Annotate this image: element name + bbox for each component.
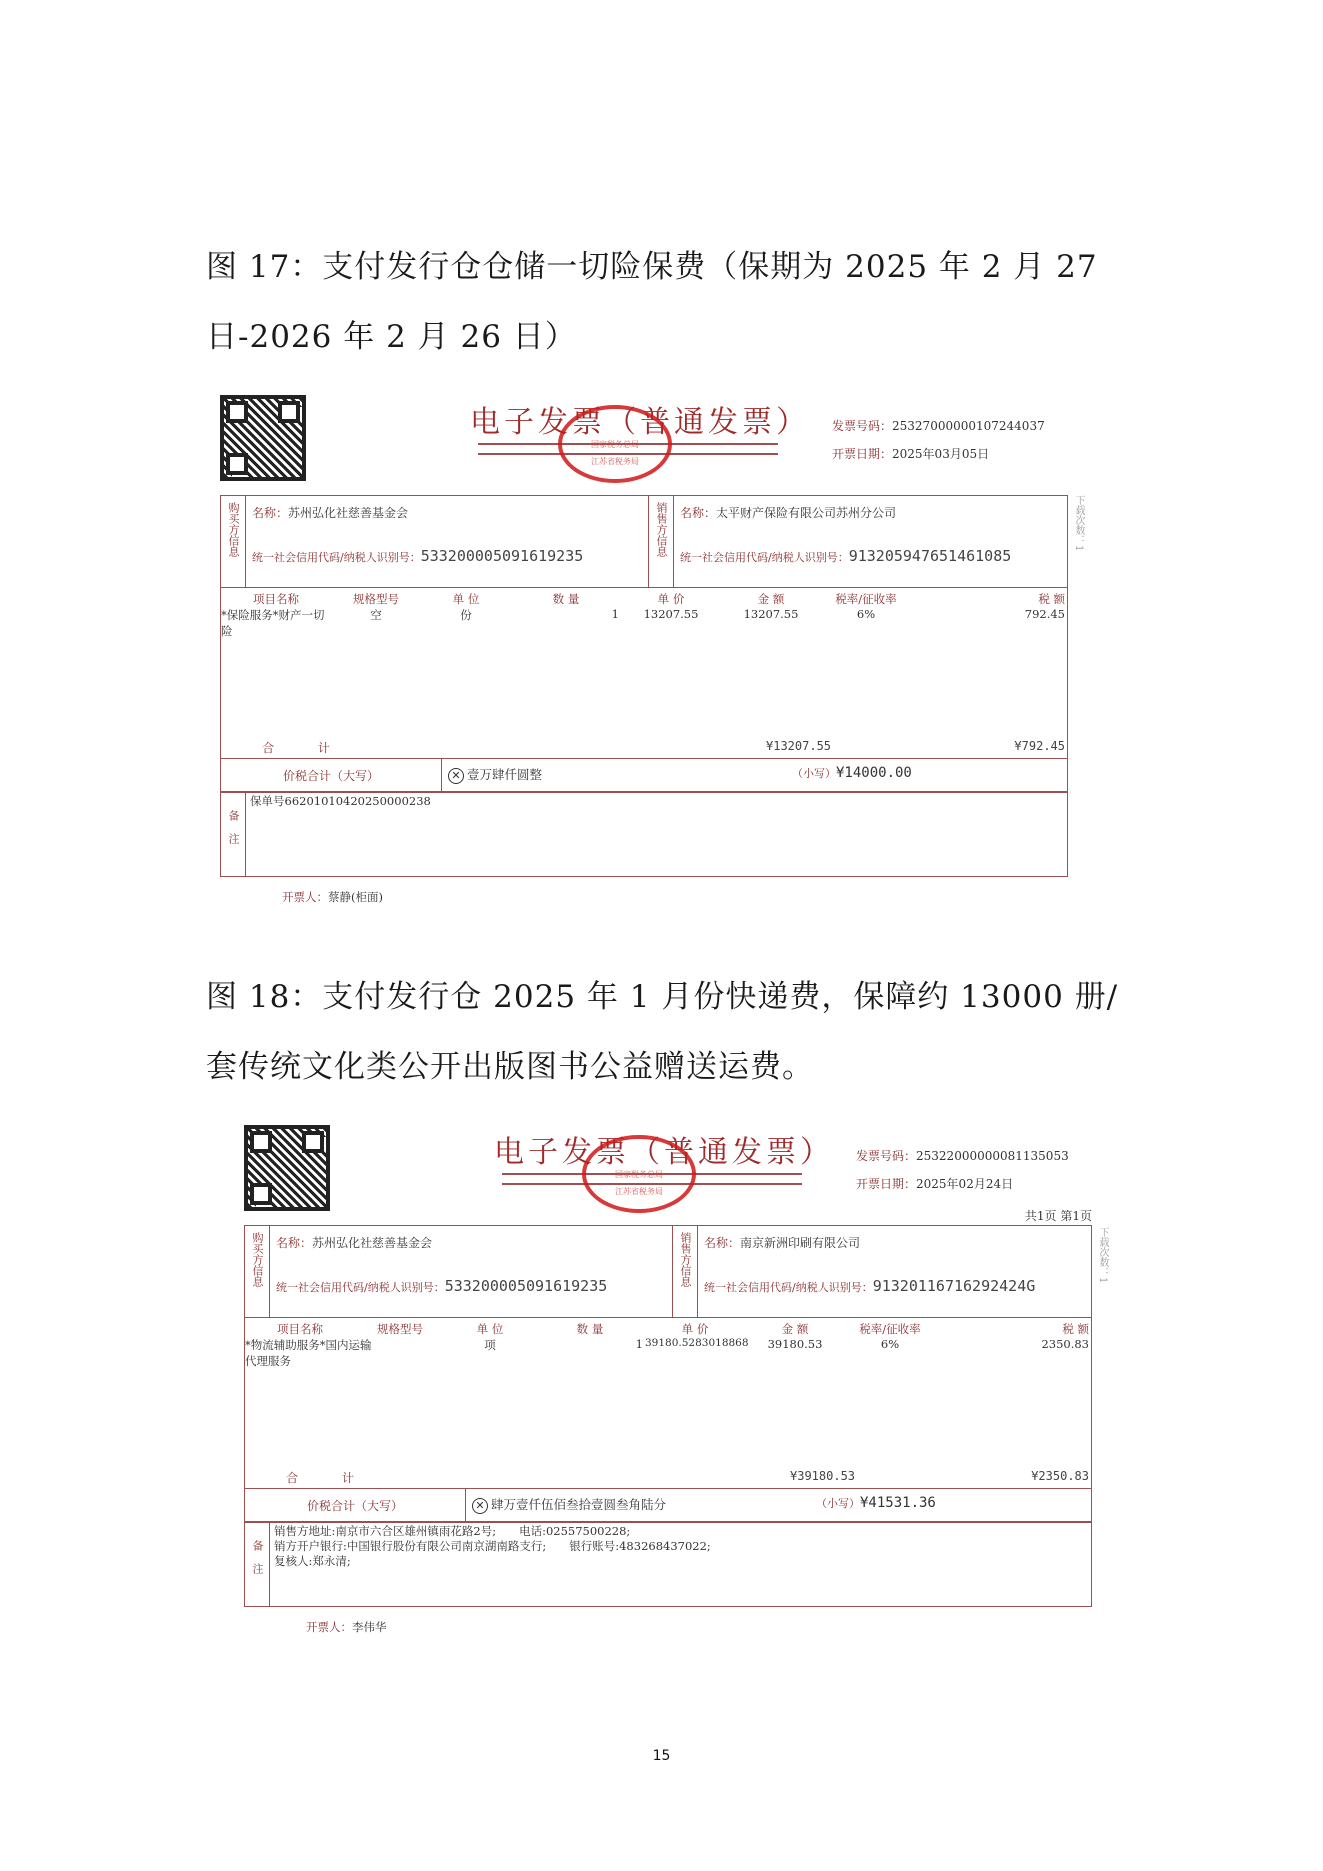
- column-header: 规格型号: [355, 1321, 445, 1337]
- total-tax: ¥792.45: [1014, 739, 1065, 753]
- column-header: 金 额: [721, 591, 821, 607]
- seller-tax-label: 统一社会信用代码/纳税人识别号：: [680, 551, 849, 564]
- sum-small-value: ¥41531.36: [860, 1495, 936, 1511]
- invoice-table: 购买方信息 名称：苏州弘化社慈善基金会 统一社会信用代码/纳税人识别号：5332…: [244, 1225, 1092, 1489]
- invoice-number-label: 发票号码：: [832, 419, 892, 433]
- item-column-headers: 项目名称 规格型号 单 位 数 量 单 价 金 额 税率/征收率 税 额: [245, 1318, 1091, 1337]
- download-count: 下载次数：1: [1096, 1227, 1110, 1283]
- invoice-date: 开票日期：2025年02月24日: [856, 1175, 1013, 1192]
- items-section: 项目名称 规格型号 单 位 数 量 单 价 金 额 税率/征收率 税 额 *物流…: [245, 1318, 1092, 1489]
- seller-name-label: 名称：: [680, 506, 716, 520]
- column-header: 数 量: [535, 1321, 645, 1337]
- buyer-tax-id: 53320000509161923​5: [421, 547, 584, 565]
- seller-name: 南京新洲印刷有限公司: [740, 1236, 860, 1250]
- invoice-number: 发票号码：25327000000107244037: [832, 417, 1045, 434]
- sum-table: 价税合计（大写） ✕肆万壹仟伍佰叁拾壹圆叁角陆分 （小写）¥41531.36: [244, 1488, 1092, 1523]
- total-row: 合 计 ¥39180.53 ¥2350.83: [245, 1469, 1091, 1486]
- buyer-label-text: 购买方信息: [225, 502, 241, 557]
- buyer-tax-label: 统一社会信用代码/纳税人识别号：: [252, 551, 421, 564]
- seal-text: 国家税务总局: [586, 1169, 692, 1180]
- invoice-date-label: 开票日期：: [856, 1177, 916, 1191]
- seller-label-text: 销售方信息: [653, 502, 669, 557]
- remark-line: 销售方地址:南京市六合区雄州镇雨花路2号; 电话:02557500228;: [274, 1524, 1087, 1539]
- qr-code-icon: [244, 1125, 330, 1211]
- seller-info: 名称：南京新洲印刷有限公司 统一社会信用代码/纳税人识别号：9132011671…: [698, 1226, 1092, 1318]
- item-rate: 6%: [821, 607, 911, 639]
- item-price: 39180.5283018868: [645, 1337, 745, 1369]
- remark-label: 备注: [221, 792, 246, 877]
- total-label: 合 计: [245, 1469, 415, 1486]
- invoice-figure-17: 电子发票（普通发票） 国家税务总局 江苏省税务局 发票号码：2532700000…: [220, 395, 1080, 905]
- sum-small-label: （小写）: [792, 767, 836, 780]
- remark-line: 销方开户银行:中国银行股份有限公司南京湖南路支行; 银行账号:483268437…: [274, 1539, 1087, 1554]
- column-header: 税 额: [911, 591, 1067, 607]
- figure-17-caption: 图 17：支付发行仓仓储一切险保费（保期为 2025 年 2 月 27 日-20…: [206, 232, 1136, 372]
- total-label: 合 计: [221, 739, 391, 756]
- figure-18-caption: 图 18：支付发行仓 2025 年 1 月份快递费，保障约 13000 册/ 套…: [206, 962, 1136, 1102]
- buyer-tax-id: 533200005091619235: [445, 1277, 608, 1295]
- buyer-label: 购买方信息: [221, 496, 246, 588]
- sum-small-label: （小写）: [816, 1497, 860, 1510]
- item-column-headers: 项目名称 规格型号 单 位 数 量 单 价 金 额 税率/征收率 税 额: [221, 588, 1067, 607]
- sum-small-value: ¥14000.00: [836, 765, 912, 781]
- column-header: 单 位: [445, 1321, 535, 1337]
- buyer-name: 苏州弘化社慈善基金会: [288, 506, 408, 520]
- seller-info: 名称：太平财产保险有限公司苏州分公司 统一社会信用代码/纳税人识别号：91320…: [674, 496, 1068, 588]
- seller-label: 销售方信息: [649, 496, 674, 588]
- seal-text: 国家税务总局: [562, 439, 668, 450]
- invoice-date-value: 2025年02月24日: [916, 1177, 1013, 1191]
- sum-value: ✕壹万肆仟圆整 （小写）¥14000.00: [442, 758, 1068, 792]
- buyer-label-text: 购买方信息: [249, 1232, 265, 1287]
- item-qty: 1: [511, 607, 621, 639]
- seller-label: 销售方信息: [673, 1226, 698, 1318]
- seller-tax-id: 91320116716292424G: [873, 1277, 1036, 1295]
- seal-text: 江苏省税务局: [586, 1186, 692, 1197]
- item-name: *保险服务*财产一切险: [221, 607, 331, 639]
- item-spec: 空: [331, 607, 421, 639]
- item-tax: 792.45: [911, 607, 1067, 639]
- remark-table: 备注 销售方地址:南京市六合区雄州镇雨花路2号; 电话:02557500228;…: [244, 1521, 1092, 1607]
- item-price: 13207.55: [621, 607, 721, 639]
- caption-line: 套传统文化类公开出版图书公益赠送运费。: [206, 1032, 1136, 1102]
- item-amount: 39180.53: [745, 1337, 845, 1369]
- remark-table: 备注 保单号66201010420250000238: [220, 791, 1068, 877]
- item-spec: [355, 1337, 445, 1369]
- column-header: 项目名称: [221, 591, 331, 607]
- total-amount: ¥39180.53: [790, 1469, 855, 1483]
- invoice-table: 购买方信息 名称：苏州弘化社慈善基金会 统一社会信用代码/纳税人识别号：5332…: [220, 495, 1068, 759]
- remark-content: 销售方地址:南京市六合区雄州镇雨花路2号; 电话:02557500228; 销方…: [270, 1522, 1092, 1607]
- remark-content: 保单号66201010420250000238: [246, 792, 1068, 877]
- seller-label-text: 销售方信息: [677, 1232, 693, 1287]
- invoice-number-value: 25327000000107244037: [892, 419, 1045, 433]
- caption-line: 图 17：支付发行仓仓储一切险保费（保期为 2025 年 2 月 27: [206, 232, 1136, 302]
- buyer-tax-label: 统一社会信用代码/纳税人识别号：: [276, 1281, 445, 1294]
- item-unit: 项: [445, 1337, 535, 1369]
- line-item: *物流辅助服务*国内运输代理服务 项 1 39180.5283018868 39…: [245, 1337, 1091, 1369]
- item-rate: 6%: [845, 1337, 935, 1369]
- total-amount: ¥13207.55: [766, 739, 831, 753]
- column-header: 税率/征收率: [845, 1321, 935, 1337]
- buyer-info: 名称：苏州弘化社慈善基金会 统一社会信用代码/纳税人识别号：5332000050…: [270, 1226, 673, 1318]
- page-number: 15: [0, 1748, 1323, 1764]
- buyer-info: 名称：苏州弘化社慈善基金会 统一社会信用代码/纳税人识别号：5332000050…: [246, 496, 649, 588]
- invoice-header: 电子发票（普通发票） 国家税务总局 江苏省税务局 发票号码：2532200000…: [244, 1125, 1104, 1225]
- remark-line: 复核人:郑永清;: [274, 1554, 1087, 1569]
- column-header: 税率/征收率: [821, 591, 911, 607]
- issuer-name: 李伟华: [352, 1620, 387, 1634]
- circle-x-icon: ✕: [448, 768, 464, 784]
- tax-seal-stamp: 国家税务总局 江苏省税务局: [558, 405, 672, 483]
- column-header: 项目名称: [245, 1321, 355, 1337]
- issuer: 开票人：蔡静(柜面): [220, 889, 1080, 905]
- item-unit: 份: [421, 607, 511, 639]
- caption-line: 图 18：支付发行仓 2025 年 1 月份快递费，保障约 13000 册/: [206, 962, 1136, 1032]
- sum-label: 价税合计（大写）: [245, 1488, 466, 1522]
- sum-caps: 肆万壹仟伍佰叁拾壹圆叁角陆分: [491, 1495, 666, 1513]
- column-header: 金 额: [745, 1321, 845, 1337]
- page-count: 共1页 第1页: [1025, 1207, 1092, 1224]
- buyer-name-label: 名称：: [276, 1236, 312, 1250]
- column-header: 单 位: [421, 591, 511, 607]
- invoice-date-value: 2025年03月05日: [892, 447, 989, 461]
- remark-label: 备注: [245, 1522, 270, 1607]
- invoice-header: 电子发票（普通发票） 国家税务总局 江苏省税务局 发票号码：2532700000…: [220, 395, 1080, 495]
- sum-value: ✕肆万壹仟伍佰叁拾壹圆叁角陆分 （小写）¥41531.36: [466, 1488, 1092, 1522]
- items-section: 项目名称 规格型号 单 位 数 量 单 价 金 额 税率/征收率 税 额 *保险…: [221, 588, 1068, 759]
- sum-label: 价税合计（大写）: [221, 758, 442, 792]
- total-tax: ¥2350.83: [1031, 1469, 1089, 1483]
- sum-table: 价税合计（大写） ✕壹万肆仟圆整 （小写）¥14000.00: [220, 758, 1068, 793]
- item-tax: 2350.83: [935, 1337, 1091, 1369]
- seller-tax-label: 统一社会信用代码/纳税人识别号：: [704, 1281, 873, 1294]
- buyer-name: 苏州弘化社慈善基金会: [312, 1236, 432, 1250]
- sum-caps: 壹万肆仟圆整: [467, 765, 542, 783]
- line-item: *保险服务*财产一切险 空 份 1 13207.55 13207.55 6% 7…: [221, 607, 1067, 639]
- remark-label-text: 备注: [249, 1540, 265, 1586]
- tax-seal-stamp: 国家税务总局 江苏省税务局: [582, 1135, 696, 1213]
- circle-x-icon: ✕: [472, 1498, 488, 1514]
- seal-text: 江苏省税务局: [562, 456, 668, 467]
- remark-label-text: 备注: [225, 810, 241, 856]
- item-qty: 1: [535, 1337, 645, 1369]
- remark-line: 保单号66201010420250000238: [250, 794, 1063, 809]
- invoice-figure-18: 电子发票（普通发票） 国家税务总局 江苏省税务局 发票号码：2532200000…: [244, 1125, 1104, 1635]
- column-header: 规格型号: [331, 591, 421, 607]
- seller-name: 太平财产保险有限公司苏州分公司: [716, 506, 896, 520]
- download-count: 下载次数：1: [1072, 495, 1086, 551]
- issuer-label: 开票人：: [306, 1620, 352, 1634]
- seller-name-label: 名称：: [704, 1236, 740, 1250]
- column-header: 税 额: [935, 1321, 1091, 1337]
- item-name: *物流辅助服务*国内运输代理服务: [245, 1337, 373, 1369]
- column-header: 单 价: [621, 591, 721, 607]
- column-header: 数 量: [511, 591, 621, 607]
- issuer: 开票人：李伟华: [244, 1619, 1104, 1635]
- invoice-number: 发票号码：25322000000081135053: [856, 1147, 1069, 1164]
- caption-line: 日-2026 年 2 月 26 日）: [206, 302, 1136, 372]
- invoice-date-label: 开票日期：: [832, 447, 892, 461]
- invoice-number-value: 25322000000081135053: [916, 1149, 1069, 1163]
- buyer-label: 购买方信息: [245, 1226, 270, 1318]
- seller-tax-id: 913205947651461085: [849, 547, 1012, 565]
- invoice-number-label: 发票号码：: [856, 1149, 916, 1163]
- total-row: 合 计 ¥13207.55 ¥792.45: [221, 739, 1067, 756]
- item-amount: 13207.55: [721, 607, 821, 639]
- qr-code-icon: [220, 395, 306, 481]
- issuer-label: 开票人：: [282, 890, 328, 904]
- column-header: 单 价: [645, 1321, 745, 1337]
- issuer-name: 蔡静(柜面): [328, 890, 383, 904]
- buyer-name-label: 名称：: [252, 506, 288, 520]
- invoice-date: 开票日期：2025年03月05日: [832, 445, 989, 462]
